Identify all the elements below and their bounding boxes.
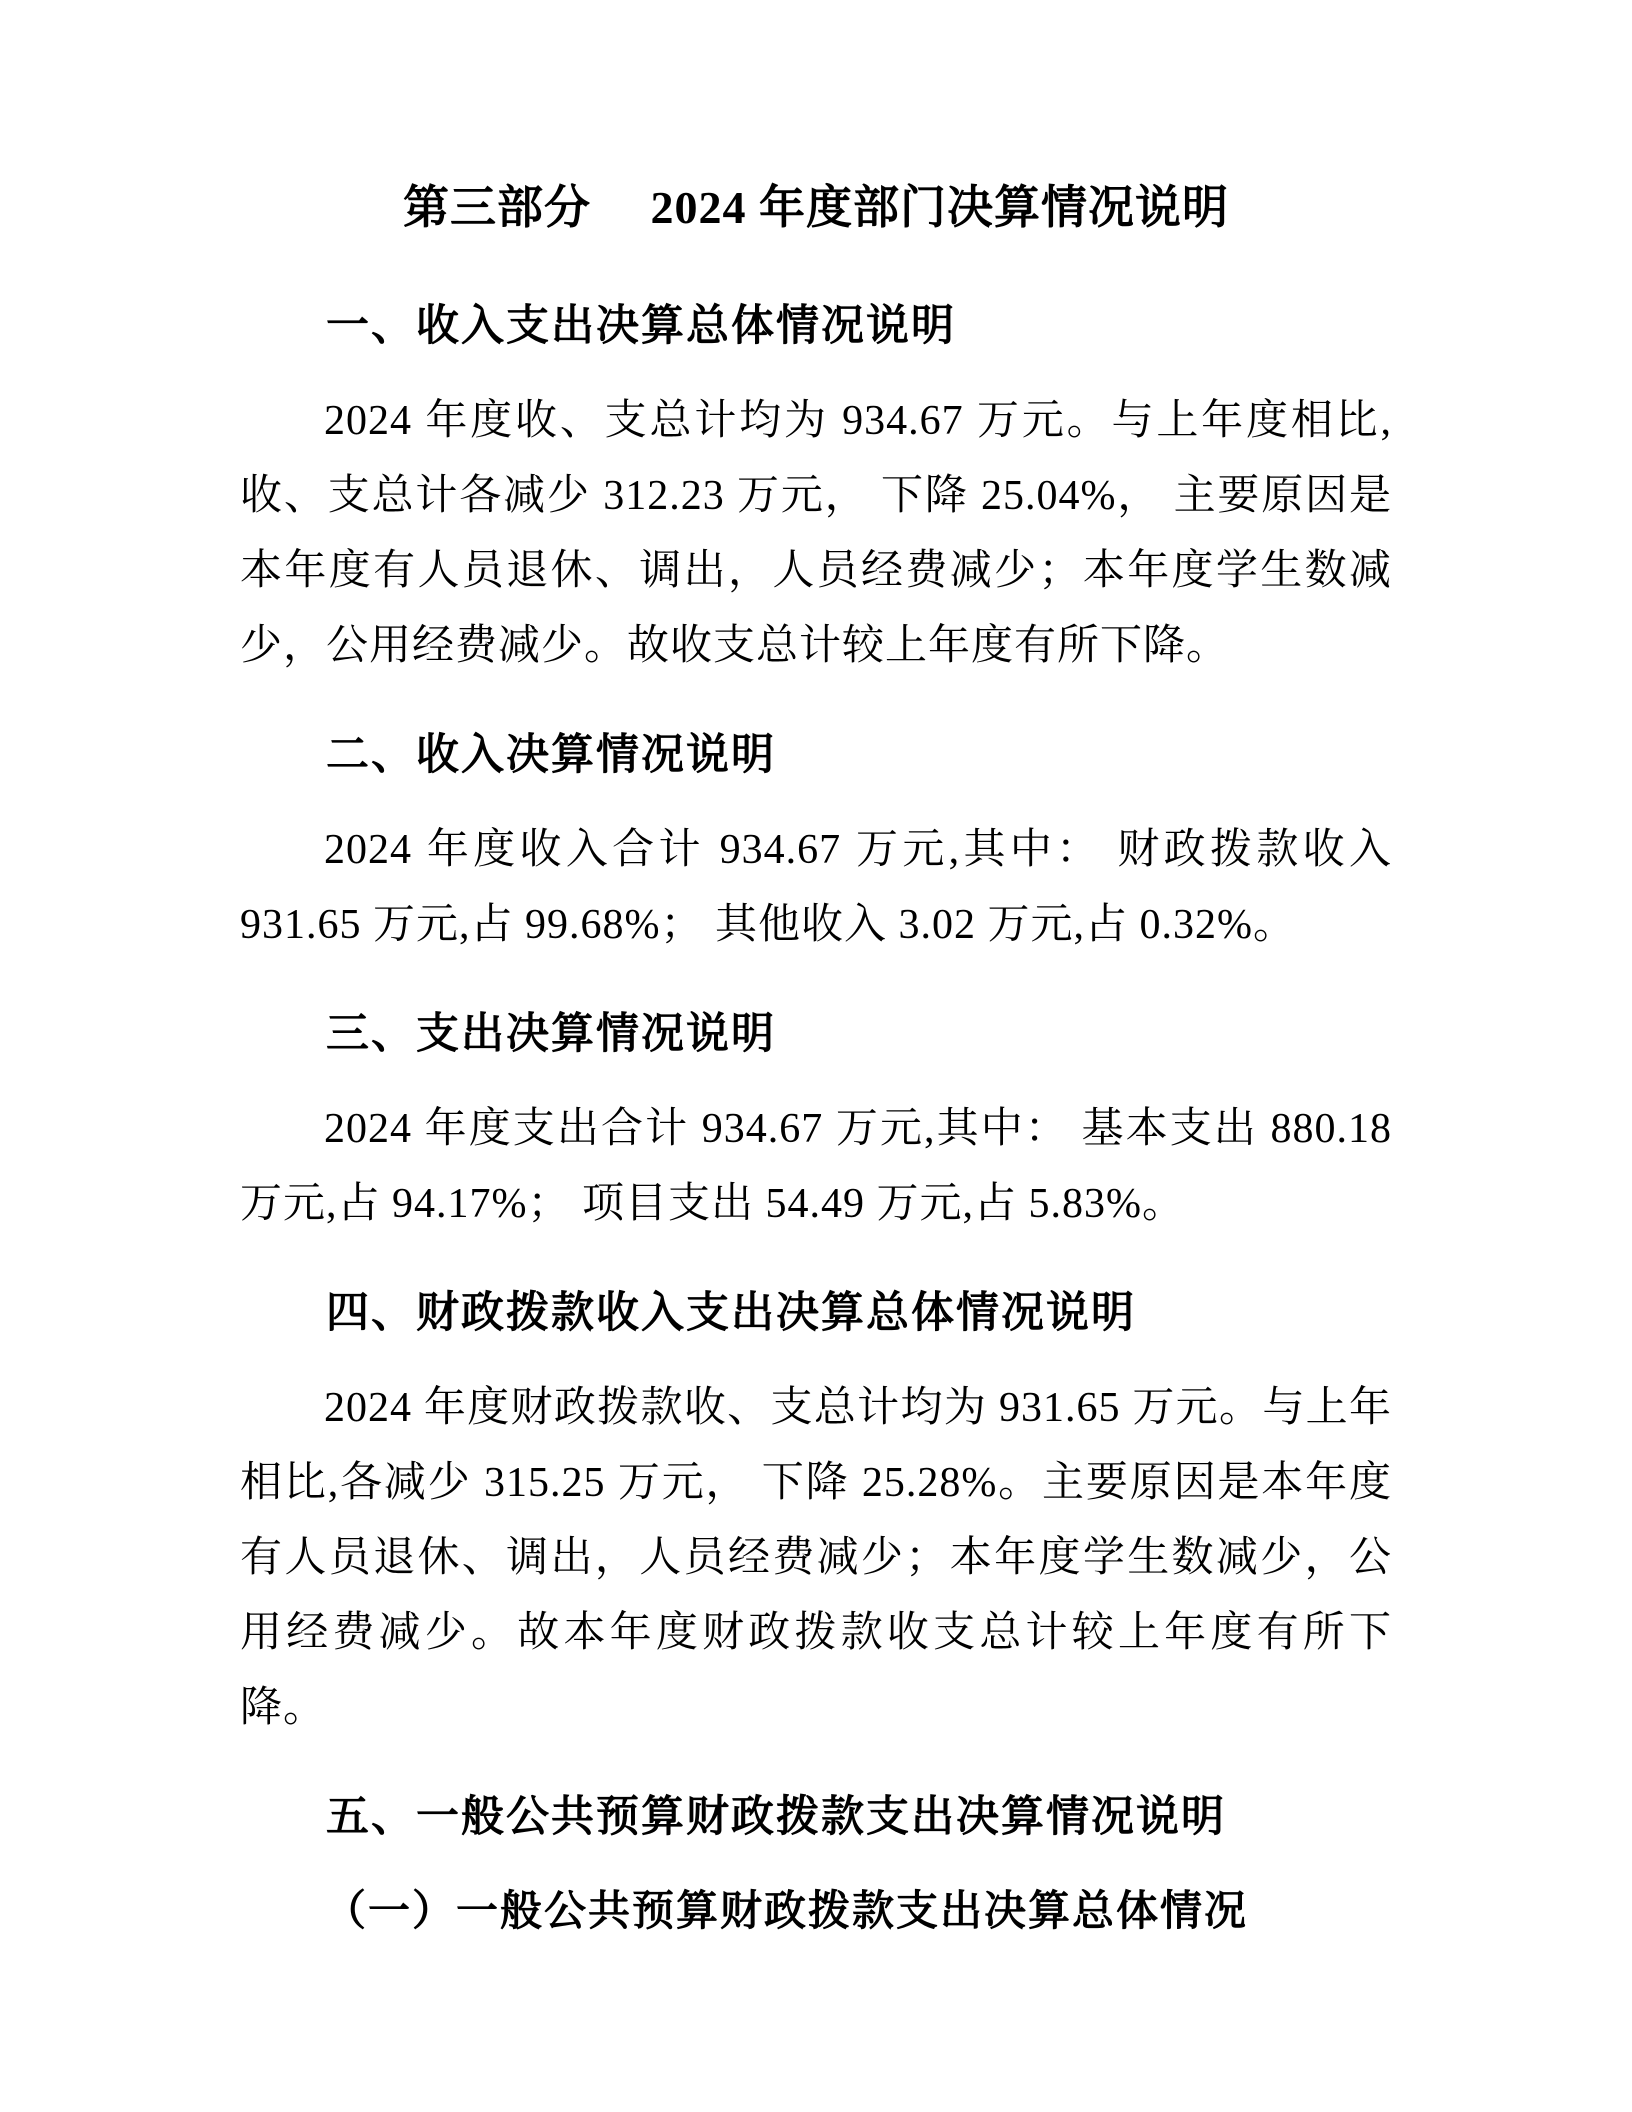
document-page: 第三部分 2024 年度部门决算情况说明 一、收入支出决算总体情况说明 2024… bbox=[0, 0, 1632, 2112]
document-title: 第三部分 2024 年度部门决算情况说明 bbox=[240, 160, 1392, 255]
section-3-heading: 三、支出决算情况说明 bbox=[240, 997, 1392, 1072]
section-5-heading: 五、一般公共预算财政拨款支出决算情况说明 bbox=[240, 1780, 1392, 1855]
section-4: 四、财政拨款收入支出决算总体情况说明 2024 年度财政拨款收、支总计均为 93… bbox=[240, 1276, 1392, 1746]
section-4-heading: 四、财政拨款收入支出决算总体情况说明 bbox=[240, 1276, 1392, 1351]
section-1-heading: 一、收入支出决算总体情况说明 bbox=[240, 289, 1392, 364]
section-2-heading: 二、收入决算情况说明 bbox=[240, 718, 1392, 793]
section-5: 五、一般公共预算财政拨款支出决算情况说明 （一）一般公共预算财政拨款支出决算总体… bbox=[240, 1780, 1392, 1950]
section-3-paragraph: 2024 年度支出合计 934.67 万元,其中： 基本支出 880.18 万元… bbox=[240, 1092, 1392, 1242]
section-5-subheading: （一）一般公共预算财政拨款支出决算总体情况 bbox=[240, 1875, 1392, 1950]
section-4-paragraph: 2024 年度财政拨款收、支总计均为 931.65 万元。与上年相比,各减少 3… bbox=[240, 1371, 1392, 1746]
section-1: 一、收入支出决算总体情况说明 2024 年度收、支总计均为 934.67 万元。… bbox=[240, 289, 1392, 684]
section-2: 二、收入决算情况说明 2024 年度收入合计 934.67 万元,其中： 财政拨… bbox=[240, 718, 1392, 963]
section-1-paragraph: 2024 年度收、支总计均为 934.67 万元。与上年度相比,收、支总计各减少… bbox=[240, 384, 1392, 684]
section-2-paragraph: 2024 年度收入合计 934.67 万元,其中： 财政拨款收入 931.65 … bbox=[240, 813, 1392, 963]
section-3: 三、支出决算情况说明 2024 年度支出合计 934.67 万元,其中： 基本支… bbox=[240, 997, 1392, 1242]
